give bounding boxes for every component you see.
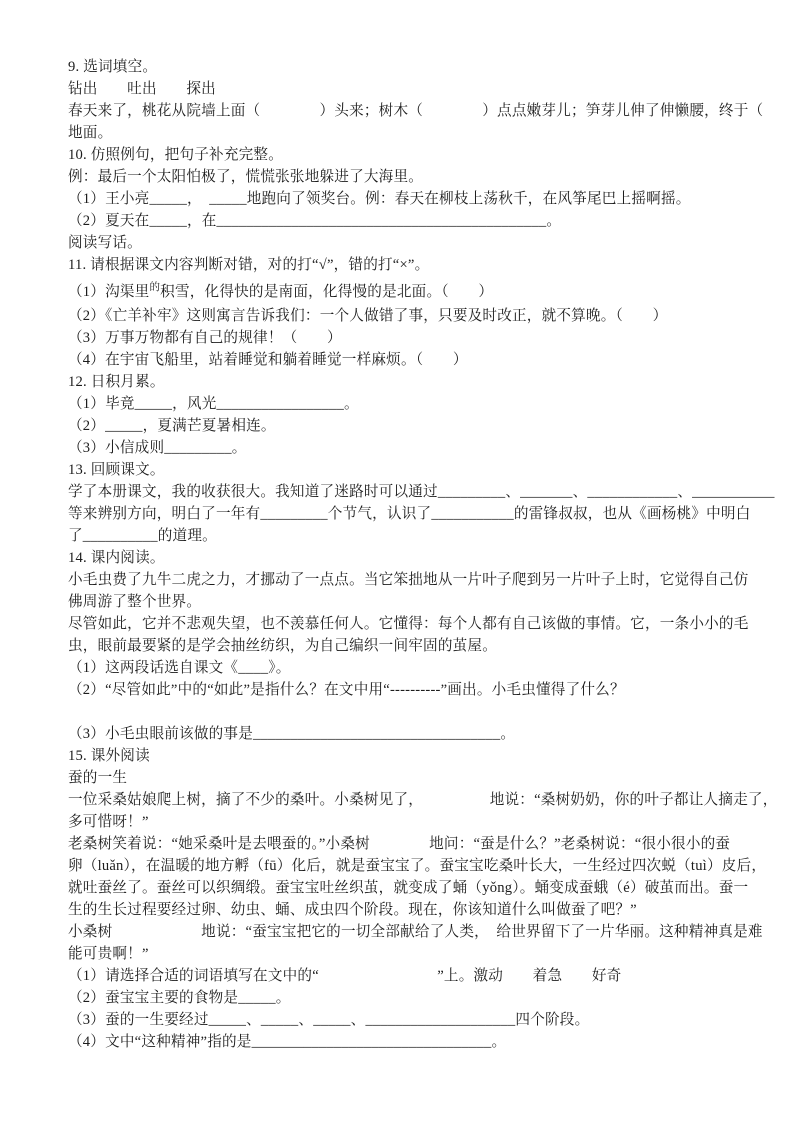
text-line: （3）万事万物都有自己的规律！（ ） bbox=[68, 327, 743, 349]
line-text: 9. 选词填空。 bbox=[68, 59, 157, 75]
text-line: 老桑树笑着说：“她采桑叶是去喂蚕的。”小桑树 地问：“蚕是什么？”老桑树说：“很… bbox=[68, 833, 743, 855]
text-line: （1）王小亮_____， _____地跑向了领奖台。例：春天在柳枝上荡秋千，在风… bbox=[68, 188, 743, 210]
line-text: （4）文中“这种精神”指的是__________________________… bbox=[68, 1034, 506, 1050]
line-text: 阅读写话。 bbox=[68, 235, 142, 251]
text-line: 15. 课外阅读 bbox=[68, 745, 743, 767]
text-line: 14. 课内阅读。 bbox=[68, 547, 743, 569]
text-line: （2）蚕宝宝主要的食物是_____。 bbox=[68, 987, 743, 1009]
question-13: 13. 回顾课文。学了本册课文，我的收获很大。我知道了迷路时可以通过______… bbox=[68, 459, 743, 547]
text-line: （2）《亡羊补牢》这则寓言告诉我们：一个人做错了事，只要及时改正，就不算晚。（ … bbox=[68, 305, 743, 327]
text-line: （3）蚕的一生要经过_____、_____、_____、____________… bbox=[68, 1009, 743, 1031]
line-text: （2）《亡羊补牢》这则寓言告诉我们：一个人做错了事，只要及时改正，就不算晚。（ … bbox=[68, 308, 667, 324]
line-text: 小桑树 地说：“蚕宝宝把它的一切全部献给了人类， 给世界留下了一片华丽。这种精神… bbox=[68, 924, 763, 940]
line-text: （1）这两段话选自课文《____》。 bbox=[68, 660, 291, 676]
worksheet-page: 9. 选词填空。钻出 吐出 探出春天来了，桃花从院墙上面（ ）头来；树木（ ）点… bbox=[0, 0, 793, 1122]
line-text: （3）小毛虫眼前该做的事是___________________________… bbox=[68, 726, 515, 742]
line-text: 地面。 bbox=[68, 125, 112, 141]
text-line: 了__________的道理。 bbox=[68, 525, 743, 547]
text-line: 生的生长过程要经过卵、幼虫、蛹、成虫四个阶段。现在，你该知道什么叫做蚕了吧？” bbox=[68, 899, 743, 921]
line-text: 学了本册课文，我的收获很大。我知道了迷路时可以通过_________、_____… bbox=[68, 484, 775, 500]
line-text: 15. 课外阅读 bbox=[68, 748, 150, 764]
question-14: 14. 课内阅读。小毛虫费了九牛二虎之力，才挪动了一点点。当它笨拙地从一片叶子爬… bbox=[68, 547, 743, 745]
line-text: 就吐蚕丝了。蚕丝可以织绸缎。蚕宝宝吐丝织茧，就变成了蛹（yǒng）。蛹变成蚕蛾（… bbox=[68, 880, 748, 896]
line-text: 例：最后一个太阳怕极了，慌慌张张地躲进了大海里。 bbox=[68, 169, 423, 185]
text-line: 等来辨别方向，明白了一年有_________个节气，认识了___________… bbox=[68, 503, 743, 525]
line-text: 11. 请根据课文内容判断对错，对的打“√”，错的打“×”。 bbox=[68, 257, 429, 273]
question-15: 15. 课外阅读蚕的一生一位采桑姑娘爬上树，摘了不少的桑叶。小桑树见了， 地说：… bbox=[68, 745, 743, 1053]
line-text: 了__________的道理。 bbox=[68, 528, 217, 544]
line-text: （2）蚕宝宝主要的食物是_____。 bbox=[68, 990, 291, 1006]
line-text: 10. 仿照例句，把句子补充完整。 bbox=[68, 147, 283, 163]
line-text: 积雪，化得快的是南面，化得慢的是北面。（ ） bbox=[160, 284, 493, 300]
text-line: 12. 日积月累。 bbox=[68, 371, 743, 393]
text-line: 10. 仿照例句，把句子补充完整。 bbox=[68, 144, 743, 166]
text-line: 就吐蚕丝了。蚕丝可以织绸缎。蚕宝宝吐丝织茧，就变成了蛹（yǒng）。蛹变成蚕蛾（… bbox=[68, 877, 743, 899]
line-text: （3）万事万物都有自己的规律！（ ） bbox=[68, 330, 342, 346]
line-text: （2）夏天在_____，在___________________________… bbox=[68, 213, 561, 229]
superscript-char: 的 bbox=[149, 282, 160, 293]
line-text: 佛周游了整个世界。 bbox=[68, 594, 201, 610]
line-text: 蚕的一生 bbox=[68, 770, 127, 786]
document-body: 9. 选词填空。钻出 吐出 探出春天来了，桃花从院墙上面（ ）头来；树木（ ）点… bbox=[68, 56, 743, 1053]
line-text: 等来辨别方向，明白了一年有_________个节气，认识了___________… bbox=[68, 506, 751, 522]
text-line: 能可贵啊！” bbox=[68, 943, 743, 965]
line-text: 一位采桑姑娘爬上树，摘了不少的桑叶。小桑树见了， 地说：“桑树奶奶，你的叶子都让… bbox=[68, 792, 777, 808]
text-line: 小桑树 地说：“蚕宝宝把它的一切全部献给了人类， 给世界留下了一片华丽。这种精神… bbox=[68, 921, 743, 943]
line-text: 钻出 吐出 探出 bbox=[68, 81, 216, 97]
question-9: 9. 选词填空。钻出 吐出 探出春天来了，桃花从院墙上面（ ）头来；树木（ ）点… bbox=[68, 56, 743, 144]
text-line: 多可惜呀！” bbox=[68, 811, 743, 833]
text-line: （2）“尽管如此”中的“如此”是指什么？在文中用“----------”画出。小… bbox=[68, 679, 743, 701]
line-text: 13. 回顾课文。 bbox=[68, 462, 165, 478]
line-text: 生的生长过程要经过卵、幼虫、蛹、成虫四个阶段。现在，你该知道什么叫做蚕了吧？” bbox=[68, 902, 637, 918]
text-line: 钻出 吐出 探出 bbox=[68, 78, 743, 100]
line-text: （4）在宇宙飞船里，站着睡觉和躺着睡觉一样麻烦。（ ） bbox=[68, 352, 468, 368]
line-text: 老桑树笑着说：“她采桑叶是去喂蚕的。”小桑树 地问：“蚕是什么？”老桑树说：“很… bbox=[68, 836, 730, 852]
question-12: 12. 日积月累。（1）毕竟_____，风光_________________。… bbox=[68, 371, 743, 459]
line-text: 多可惜呀！” bbox=[68, 814, 149, 830]
line-text: （1）毕竟_____，风光_________________。 bbox=[68, 396, 359, 412]
text-line: 阅读写话。 bbox=[68, 232, 743, 254]
line-text: （1）请选择合适的词语填写在文中的“ ”上。激动 着急 好奇 bbox=[68, 968, 621, 984]
text-line: （1）请选择合适的词语填写在文中的“ ”上。激动 着急 好奇 bbox=[68, 965, 743, 987]
text-line: 9. 选词填空。 bbox=[68, 56, 743, 78]
blank-answer-space bbox=[68, 701, 743, 723]
text-line: （1）沟渠里的积雪，化得快的是南面，化得慢的是北面。（ ） bbox=[68, 281, 743, 303]
question-10: 10. 仿照例句，把句子补充完整。例：最后一个太阳怕极了，慌慌张张地躲进了大海里… bbox=[68, 144, 743, 254]
text-line: （3）小信成则_________。 bbox=[68, 437, 743, 459]
line-text: 小毛虫费了九牛二虎之力，才挪动了一点点。当它笨拙地从一片叶子爬到另一片叶子上时，… bbox=[68, 572, 749, 588]
text-line: （2）夏天在_____，在___________________________… bbox=[68, 210, 743, 232]
text-line: 11. 请根据课文内容判断对错，对的打“√”，错的打“×”。 bbox=[68, 254, 743, 276]
question-11: 11. 请根据课文内容判断对错，对的打“√”，错的打“×”。（1）沟渠里的积雪，… bbox=[68, 254, 743, 371]
text-line: 佛周游了整个世界。 bbox=[68, 591, 743, 613]
line-text: 虫，眼前最要紧的是学会抽丝纺织，为自己编织一间牢固的茧屋。 bbox=[68, 638, 497, 654]
text-line: 虫，眼前最要紧的是学会抽丝纺织，为自己编织一间牢固的茧屋。 bbox=[68, 635, 743, 657]
line-text: （3）蚕的一生要经过_____、_____、_____、____________… bbox=[68, 1012, 589, 1028]
text-line: 蚕的一生 bbox=[68, 767, 743, 789]
line-text: （2）_____，夏满芒夏暑相连。 bbox=[68, 418, 276, 434]
line-text: （1）王小亮_____， _____地跑向了领奖台。例：春天在柳枝上荡秋千，在风… bbox=[68, 191, 691, 207]
line-text: （3）小信成则_________。 bbox=[68, 440, 247, 456]
line-text: 尽管如此，它并不悲观失望，也不羡慕任何人。它懂得：每个人都有自己该做的事情。它，… bbox=[68, 616, 749, 632]
line-text: 能可贵啊！” bbox=[68, 946, 149, 962]
text-line: 春天来了，桃花从院墙上面（ ）头来；树木（ ）点点嫩芽儿；笋芽儿伸了伸懒腰，终于… bbox=[68, 100, 743, 122]
line-text: 卵（luǎn），在温暖的地方孵（fū）化后，就是蚕宝宝了。蚕宝宝吃桑叶长大，一生… bbox=[68, 858, 766, 874]
text-line: （1）毕竟_____，风光_________________。 bbox=[68, 393, 743, 415]
text-line: 例：最后一个太阳怕极了，慌慌张张地躲进了大海里。 bbox=[68, 166, 743, 188]
text-line: 一位采桑姑娘爬上树，摘了不少的桑叶。小桑树见了， 地说：“桑树奶奶，你的叶子都让… bbox=[68, 789, 743, 811]
text-line: 学了本册课文，我的收获很大。我知道了迷路时可以通过_________、_____… bbox=[68, 481, 743, 503]
text-line: （2）_____，夏满芒夏暑相连。 bbox=[68, 415, 743, 437]
text-line: 地面。 bbox=[68, 122, 743, 144]
text-line: 卵（luǎn），在温暖的地方孵（fū）化后，就是蚕宝宝了。蚕宝宝吃桑叶长大，一生… bbox=[68, 855, 743, 877]
text-line: （3）小毛虫眼前该做的事是___________________________… bbox=[68, 723, 743, 745]
line-text: 14. 课内阅读。 bbox=[68, 550, 165, 566]
line-text: （2）“尽管如此”中的“如此”是指什么？在文中用“----------”画出。小… bbox=[68, 682, 625, 698]
line-text: 春天来了，桃花从院墙上面（ ）头来；树木（ ）点点嫩芽儿；笋芽儿伸了伸懒腰，终于… bbox=[68, 103, 793, 119]
text-line: （4）文中“这种精神”指的是__________________________… bbox=[68, 1031, 743, 1053]
line-text: （1）沟渠里 bbox=[68, 284, 149, 300]
text-line: 小毛虫费了九牛二虎之力，才挪动了一点点。当它笨拙地从一片叶子爬到另一片叶子上时，… bbox=[68, 569, 743, 591]
line-text: 12. 日积月累。 bbox=[68, 374, 165, 390]
text-line: （1）这两段话选自课文《____》。 bbox=[68, 657, 743, 679]
text-line: 13. 回顾课文。 bbox=[68, 459, 743, 481]
text-line: （4）在宇宙飞船里，站着睡觉和躺着睡觉一样麻烦。（ ） bbox=[68, 349, 743, 371]
text-line: 尽管如此，它并不悲观失望，也不羡慕任何人。它懂得：每个人都有自己该做的事情。它，… bbox=[68, 613, 743, 635]
